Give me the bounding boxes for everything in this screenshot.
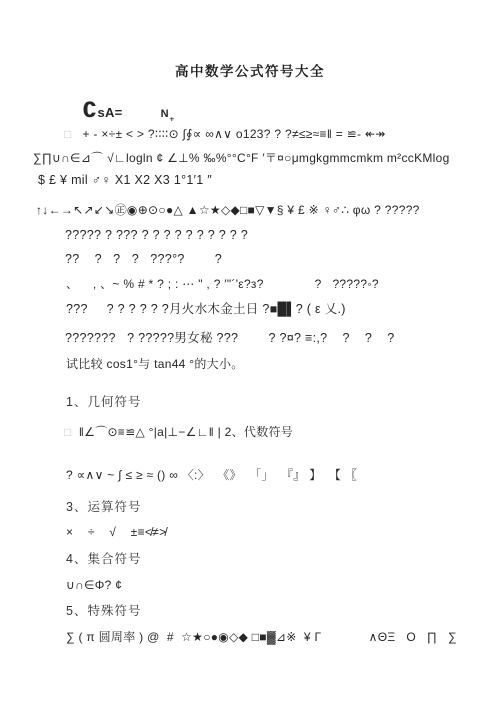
special-symbols-line: ∑ ( π 圆周率 ) @ # ☆★○●◉◇◆ □■▓⊿※ ¥ Γ ∧ΘΞ Ο … bbox=[66, 630, 457, 644]
document-title: 高中数学公式符号大全 bbox=[0, 64, 500, 80]
placeholder-box-icon: □ bbox=[64, 425, 72, 439]
placeholder-box-icon: □ bbox=[64, 127, 72, 141]
document-page: 高中数学公式符号大全 ∁sA=N₊ □ + - ×÷± < > ?∶∶∶∶⊙ ∫… bbox=[0, 0, 500, 708]
geometry-symbols-line: □ ‖∠⌒⊙≡≌△ °|a|⊥−∠∟‖ | 2、代数符号 bbox=[64, 425, 293, 439]
section-heading-geometry: 1、几何符号 bbox=[66, 395, 141, 410]
section-heading-sets: 4、集合符号 bbox=[66, 552, 141, 567]
set-symbols-line: ∪∩∈Φ? ¢ bbox=[66, 578, 122, 592]
punctuation-line: 、 , 、~ % # * ? ; : ⋯ " , ? ′"´'ε?з? ? ??… bbox=[66, 277, 379, 291]
complement-symbol: ∁ bbox=[83, 99, 98, 122]
weekday-symbols-line: ??? ? ? ? ? ? ?月火水木金土日 ?■█▌? ( ε 乂.) bbox=[66, 302, 346, 317]
algebra-symbols-line: ? ∝∧∨ ~ ∫ ≤ ≥ ≈ () ∞ 〈:〉 《》 「」 『』 】 【 〖 bbox=[66, 468, 357, 482]
symbol-line-currency: $ £ ¥ mil ♂♀ X1 X2 X3 1°1′1 ″ bbox=[38, 173, 212, 188]
question-line-2: ?? ? ? ? ???°? ? bbox=[65, 252, 222, 267]
line-text: ‖∠⌒⊙≡≌△ °|a|⊥−∠∟‖ | 2、代数符号 bbox=[72, 425, 294, 439]
symbol-line-units: ∑∏∪∩∈⊿⌒ √∟logln ¢ ∠⊥% ‰%°°C°F ′〒¤○μmgkgm… bbox=[33, 151, 450, 165]
symbol-line-arrows-shapes: ↑↓←→↖↗↙↘㊣◉⊕⊙○●△ ▲☆★◇◆□■▽▼§ ¥ £ ※ ♀♂∴ φω … bbox=[36, 203, 420, 217]
question-line-1: ????? ? ??? ? ? ? ? ? ? ? ? ? ? bbox=[65, 228, 248, 243]
misc-symbols-line: ??????? ? ?????男女秘 ??? ? ?¤? ≡:,? ? ? ? bbox=[65, 331, 394, 346]
n-symbol: N bbox=[161, 108, 169, 120]
formula-subscript: sA= bbox=[97, 105, 122, 120]
symbol-line-operators: □ + - ×÷± < > ?∶∶∶∶⊙ ∫∮∝ ∞∧∨ o123? ? ?≠≤… bbox=[64, 127, 386, 141]
comparison-exercise-text: 试比较 cos1°与 tan44 °的大小。 bbox=[66, 357, 244, 371]
line-text: + - ×÷± < > ?∶∶∶∶⊙ ∫∮∝ ∞∧∨ o123? ? ?≠≤≥≈… bbox=[72, 127, 386, 141]
section-heading-operations: 3、运算符号 bbox=[66, 500, 141, 515]
operation-symbols-line: × ÷ √ ±≡≮≠≯ bbox=[66, 525, 166, 539]
section-heading-special: 5、特殊符号 bbox=[66, 604, 141, 619]
plus-subscript: ₊ bbox=[169, 112, 175, 124]
